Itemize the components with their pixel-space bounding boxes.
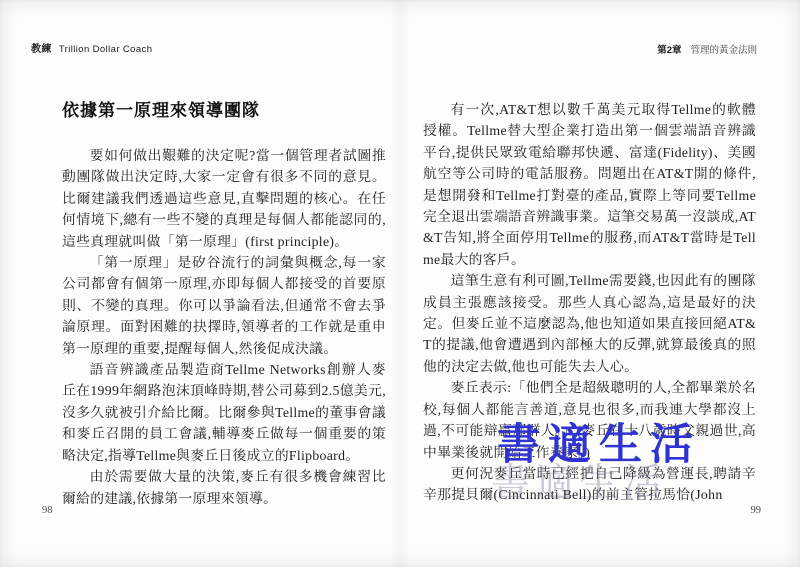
paragraph: 更何況麥丘當時已經把自己降級為營運長,聘請辛辛那提貝爾(Cincinnati B… bbox=[423, 463, 756, 506]
chapter-title: 管理的黃金法則 bbox=[690, 45, 757, 56]
book-title-cn: 教練 bbox=[31, 44, 52, 55]
left-page-text-column: 依據第一原理來領導團隊 要如何做出艱難的決定呢?當一個管理者試圖推動團隊做出決定… bbox=[62, 96, 386, 509]
book-spread: 教練Trillion Dollar Coach 第2章管理的黃金法則 依據第一原… bbox=[0, 0, 800, 567]
paragraph: 語音辨識產品製造商Tellme Networks創辦人麥丘在1999年網路泡沫頂… bbox=[62, 359, 386, 466]
paragraph: 要如何做出艱難的決定呢?當一個管理者試圖推動團隊做出決定時,大家一定會有很多不同… bbox=[62, 145, 386, 252]
spine-shadow bbox=[390, 0, 410, 567]
paragraph: 麥丘表示:「他們全是超級聰明的人,全都畢業於名校,每個人都能言善道,意見也很多,… bbox=[423, 377, 756, 463]
book-title-en: Trillion Dollar Coach bbox=[59, 44, 153, 55]
running-head-right: 第2章管理的黃金法則 bbox=[657, 42, 757, 56]
chapter-number: 第2章 bbox=[657, 45, 681, 56]
running-head-left: 教練Trillion Dollar Coach bbox=[31, 40, 152, 55]
paragraph: 「第一原理」是矽谷流行的詞彙與概念,每一家公司都會有個第一原理,亦即每個人都接受… bbox=[62, 252, 386, 359]
page-number-right: 99 bbox=[751, 505, 762, 516]
paragraph: 由於需要做大量的決策,麥丘有很多機會練習比爾給的建議,依據第一原理來領導。 bbox=[62, 466, 386, 509]
paragraph: 有一次,AT&T想以數千萬美元取得Tellme的軟體授權。Tellme替大型企業… bbox=[423, 99, 756, 270]
page-number-left: 98 bbox=[42, 505, 53, 516]
section-heading: 依據第一原理來領導團隊 bbox=[62, 96, 386, 121]
paragraph: 這筆生意有利可圖,Tellme需要錢,也因此有的團隊成員主張應該接受。那些人真心… bbox=[423, 270, 756, 377]
right-page-text-column: 有一次,AT&T想以數千萬美元取得Tellme的軟體授權。Tellme替大型企業… bbox=[423, 99, 756, 506]
